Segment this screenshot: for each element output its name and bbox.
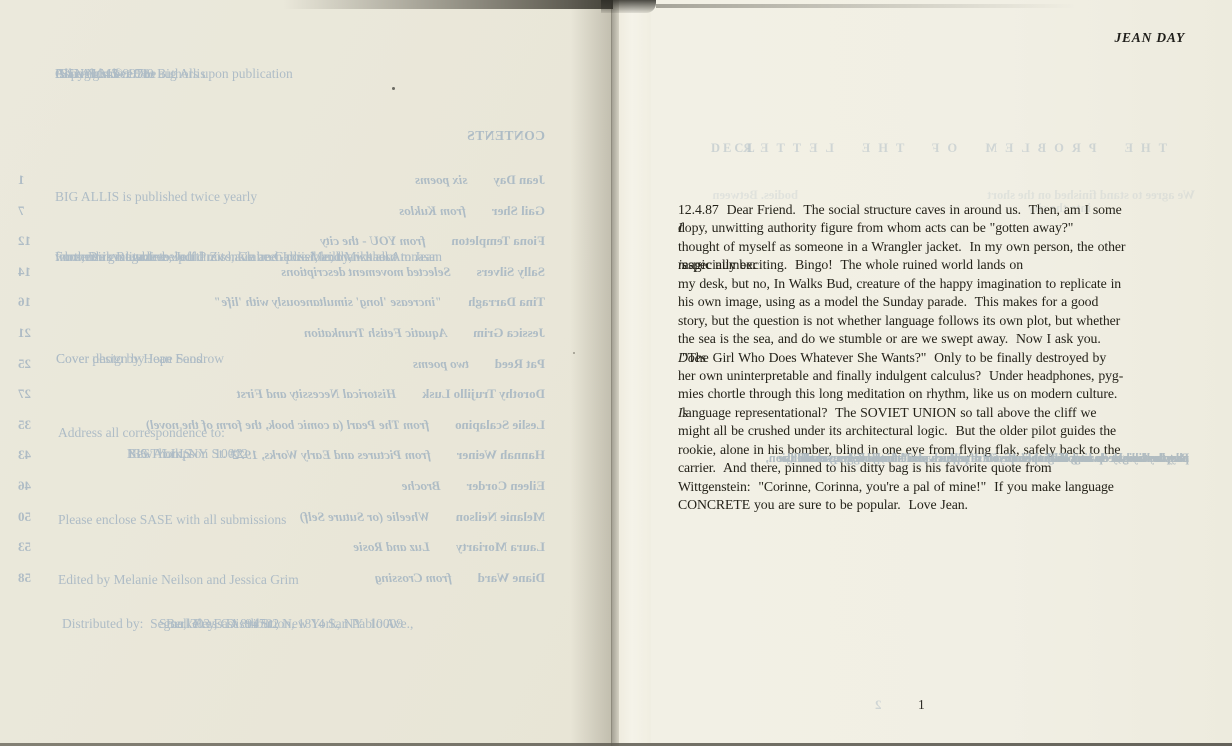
toc-page: 14 xyxy=(18,257,31,288)
toc-author: Hannah Weiner xyxy=(457,440,545,471)
toc-page: 16 xyxy=(18,287,31,318)
gutter-shadow xyxy=(570,0,612,746)
left-page: CONTENTS Jean Daysix poems1Gail Sherfrom… xyxy=(0,0,612,746)
text-line: Does "The Girl Who Does Whatever She Wan… xyxy=(678,349,1195,367)
text-line: CONCRETE you are sure to be popular. Lov… xyxy=(678,496,1195,514)
toc-page: 35 xyxy=(18,410,31,441)
text-line: mies chortle through this long meditatio… xyxy=(678,385,1195,403)
toc-author: Sally Silvers xyxy=(477,257,545,288)
toc-page: 58 xyxy=(18,563,31,594)
text-line: Is language representational? The SOVIET… xyxy=(678,404,1195,422)
published-line-ghost: BIG ALLIS is published twice yearly xyxy=(55,188,257,205)
toc-title: from Kuklos xyxy=(399,196,466,227)
toc-row: Laura MoriartyLuz and Rosie53 xyxy=(18,532,545,563)
toc-page: 21 xyxy=(18,318,31,349)
toc-row: Eileen CorderBroche46 xyxy=(18,471,545,502)
text-line: magic number is especially exciting. Bin… xyxy=(678,256,1195,274)
top-edge-shadow xyxy=(283,0,613,9)
text-line: his own image, using as a model the Sund… xyxy=(678,293,1195,311)
text-line: her own uninterpretable and finally indu… xyxy=(678,367,1195,385)
text-line: story, but the question is not whether l… xyxy=(678,312,1195,330)
text-line: 12.4.87 Dear Friend. The social structur… xyxy=(678,201,1195,219)
text-line: thought of myself as someone in a Wrangl… xyxy=(678,238,1195,256)
toc-author: Fiona Templeton xyxy=(451,226,545,257)
toc-author: Diane Ward xyxy=(478,563,545,594)
toc-author: Pat Reed xyxy=(495,349,545,380)
toc-author: Gail Sher xyxy=(492,196,545,227)
toc-page: 27 xyxy=(18,379,31,410)
toc-title: Aquatic Fetish Trunkation xyxy=(304,318,447,349)
toc-row: Jessica GrimAquatic Fetish Trunkation21 xyxy=(18,318,545,349)
text-line: my desk, but no, In Walks Bud, creature … xyxy=(678,275,1195,293)
toc-title: six poems xyxy=(415,165,467,196)
toc-page: 46 xyxy=(18,471,31,502)
page-number: 1 xyxy=(918,697,925,713)
toc-author: Eileen Corder xyxy=(467,471,545,502)
gutter-line xyxy=(611,0,619,746)
toc-page: 50 xyxy=(18,502,31,533)
text-line: dopy, unwitting authority figure from wh… xyxy=(678,219,1195,237)
scan-speck xyxy=(392,87,395,90)
toc-title: two poems xyxy=(413,349,469,380)
toc-author: Jessica Grim xyxy=(473,318,545,349)
toc-row: Hannah Weinerfrom Pictures and Early Wor… xyxy=(18,440,545,471)
running-header: JEAN DAY xyxy=(1114,30,1185,46)
toc-title: "increase 'long' simultaneously with 'li… xyxy=(214,287,442,318)
toc-row: Dorothy Trujillo LuskHistorical Necessit… xyxy=(18,379,545,410)
sase-line-ghost: Please enclose SASE with all submissions xyxy=(58,511,286,528)
toc-page: 43 xyxy=(18,440,31,471)
toc-title: Luz and Rosie xyxy=(353,532,430,563)
right-page: JEAN DAY THE PROBLEM OF THE LETTER DECL … xyxy=(651,0,1232,746)
toc-author: Tina Darragh xyxy=(468,287,545,318)
toc-row: Tina Darragh"increase 'long' simultaneou… xyxy=(18,287,545,318)
contents-heading-ghost: CONTENTS xyxy=(18,128,545,144)
toc-title: from Pictures and Early Works, 1972 xyxy=(232,440,431,471)
text-line: the sea is the sea, and do we stumble or… xyxy=(678,330,1195,348)
toc-title: Historical Necessity and First xyxy=(237,379,396,410)
ghost-page-number: 2 xyxy=(875,697,882,713)
toc-page: 53 xyxy=(18,532,31,563)
page-edge-highlight xyxy=(619,0,652,746)
correspondence-label-ghost: Address all correspondence to: xyxy=(58,424,225,441)
letter-text: 12.4.87 Dear Friend. The social structur… xyxy=(678,201,1195,514)
gutter-top-shadow xyxy=(601,0,656,13)
book-scan: CONTENTS Jean Daysix poems1Gail Sherfrom… xyxy=(0,0,1232,746)
toc-title: Broche xyxy=(402,471,441,502)
toc-author: Laura Moriarty xyxy=(456,532,545,563)
toc-title: from Crossing xyxy=(375,563,452,594)
toc-page: 25 xyxy=(18,349,31,380)
toc-author: Jean Day xyxy=(493,165,545,196)
toc-author: Dorothy Trujillo Lusk xyxy=(422,379,545,410)
text-line: might all be crushed under its architect… xyxy=(678,422,1195,440)
toc-author: Melanie Neilson xyxy=(456,502,545,533)
contents-rows-ghost: Jean Daysix poems1Gail Sherfrom Kuklos7F… xyxy=(18,165,545,593)
toc-page: 1 xyxy=(18,165,25,196)
ghost-title-mirrored: THE PROBLEM OF THE LETTER xyxy=(709,141,1167,156)
toc-page: 7 xyxy=(18,196,25,227)
toc-title: Wheelie (or Suture Self) xyxy=(299,502,429,533)
toc-author: Leslie Scalapino xyxy=(455,410,545,441)
toc-page: 12 xyxy=(18,226,31,257)
top-edge-shadow xyxy=(656,4,1076,8)
text-line: Wittgenstein: "Corinne, Corinna, you're … xyxy=(678,478,1195,496)
edited-line-ghost: Edited by Melanie Neilson and Jessica Gr… xyxy=(58,571,299,588)
ghost-title-overlap: DECL xyxy=(711,141,758,156)
